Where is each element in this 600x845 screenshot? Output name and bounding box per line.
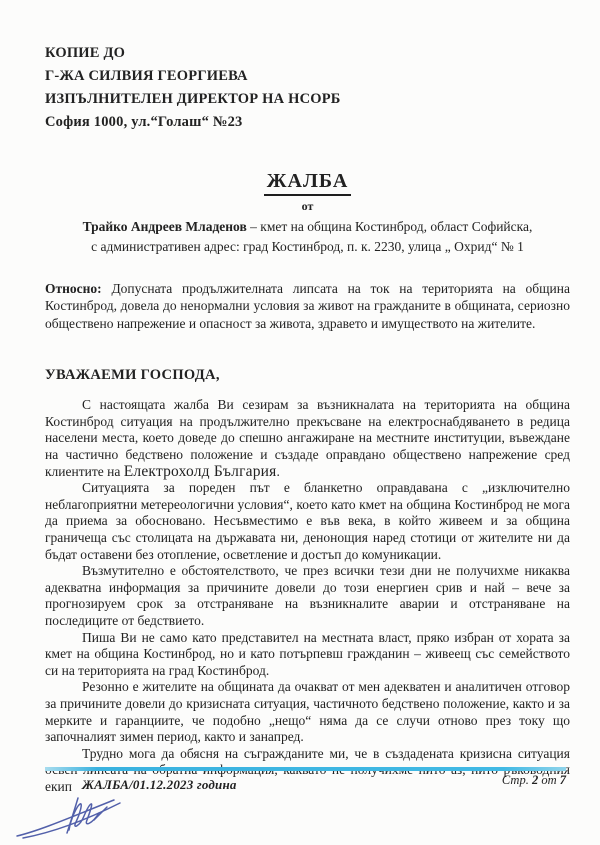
paragraph-5: Резонно е жителите на общината да очаква… [45, 679, 570, 745]
paragraph-3: Възмутително е обстоятелството, че през … [45, 563, 570, 629]
paragraph-1-end: . [276, 464, 279, 479]
page-of-label: от [538, 773, 560, 787]
signature-scribble [14, 792, 142, 842]
title-block: ЖАЛБА [45, 170, 570, 196]
author-address: с административен адрес: град Костинброд… [45, 237, 570, 257]
footer-doc-ref: ЖАЛБА/01.12.2023 година [82, 777, 237, 793]
subject-label: Относно: [45, 281, 102, 296]
recipient-name: Г-ЖА СИЛВИЯ ГЕОРГИЕВА [45, 65, 570, 88]
page-indicator: Стр. 2 от 7 [502, 773, 566, 788]
document-page: КОПИЕ ДО Г-ЖА СИЛВИЯ ГЕОРГИЕВА ИЗПЪЛНИТЕ… [0, 0, 600, 845]
body-text: С настоящата жалба Ви сезирам за възникн… [45, 397, 570, 795]
footer-row: ЖАЛБА/01.12.2023 година Стр. 2 от 7 [45, 771, 566, 793]
salutation: УВАЖАЕМИ ГОСПОДА, [45, 367, 570, 384]
paragraph-1: С настоящата жалба Ви сезирам за възникн… [45, 397, 570, 480]
page-label: Стр. [502, 773, 532, 787]
company-name-emphasis: Електрохолд България [124, 463, 277, 480]
subject-text: Допусната продължителната липсата на ток… [45, 281, 570, 331]
recipient-title: ИЗПЪЛНИТЕЛЕН ДИРЕКТОР НА НСОРБ [45, 88, 570, 111]
recipient-address: София 1000, ул.“Голаш“ №23 [45, 111, 570, 134]
subject-block: Относно: Допусната продължителната липса… [45, 280, 570, 332]
page-total: 7 [560, 773, 566, 787]
copy-to-label: КОПИЕ ДО [45, 42, 570, 65]
author-line: Трайко Андреев Младенов – кмет на община… [45, 217, 570, 237]
recipient-block: КОПИЕ ДО Г-ЖА СИЛВИЯ ГЕОРГИЕВА ИЗПЪЛНИТЕ… [45, 42, 570, 134]
author-name: Трайко Андреев Младенов [83, 219, 247, 234]
paragraph-4: Пиша Ви не само като представител на мес… [45, 630, 570, 680]
document-title: ЖАЛБА [264, 170, 352, 196]
page-footer: ЖАЛБА/01.12.2023 година Стр. 2 от 7 [0, 767, 600, 793]
author-role: – кмет на община Костинброд, област Софи… [247, 219, 533, 234]
paragraph-2: Ситуацията за пореден път е бланкетно оп… [45, 480, 570, 563]
from-label: от [45, 199, 570, 214]
